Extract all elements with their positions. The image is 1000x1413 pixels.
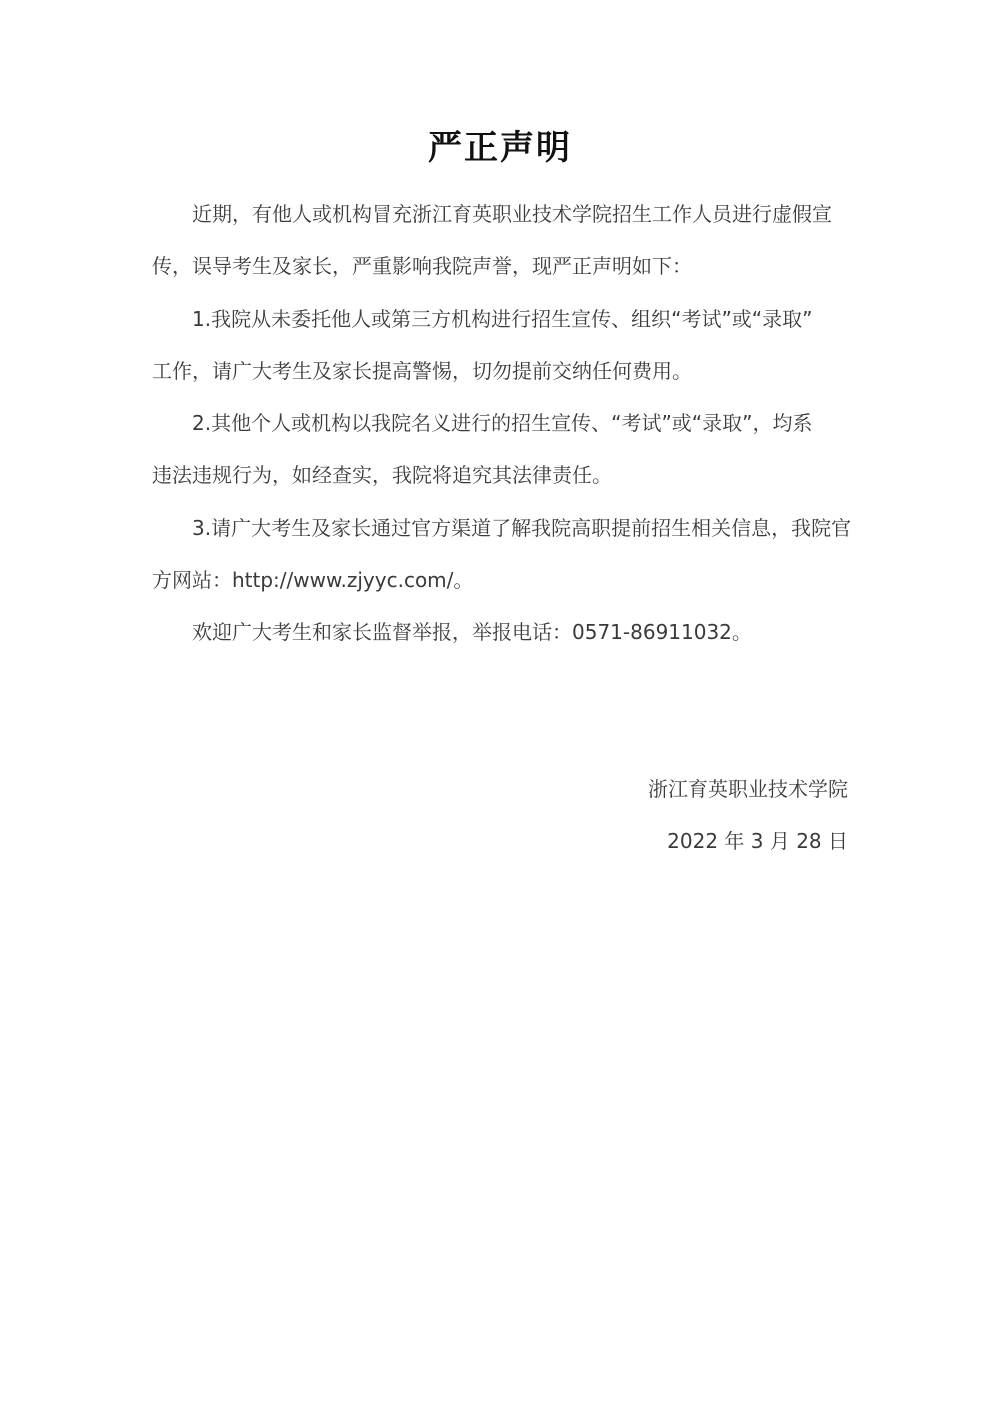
paragraph-item-3-line-2: 方网站：http://www.zjyyc.com/。 bbox=[152, 566, 852, 594]
paragraph-intro-line-1: 近期，有他人或机构冒充浙江育英职业技术学院招生工作人员进行虚假宣 bbox=[192, 200, 892, 228]
paragraph-item-3-line-1: 3.请广大考生及家长通过官方渠道了解我院高职提前招生相关信息，我院官 bbox=[192, 514, 892, 542]
paragraph-report-line: 欢迎广大考生和家长监督举报，举报电话：0571-86911032。 bbox=[192, 618, 892, 646]
signature-organization: 浙江育英职业技术学院 bbox=[648, 775, 848, 803]
document-page: 严正声明 近期，有他人或机构冒充浙江育英职业技术学院招生工作人员进行虚假宣 传，… bbox=[0, 0, 1000, 1413]
paragraph-item-1-line-1: 1.我院从未委托他人或第三方机构进行招生宣传、组织“考试”或“录取” bbox=[192, 305, 892, 333]
paragraph-item-2-line-1: 2.其他个人或机构以我院名义进行的招生宣传、“考试”或“录取”，均系 bbox=[192, 409, 892, 437]
paragraph-item-2-line-2: 违法违规行为，如经查实，我院将追究其法律责任。 bbox=[152, 461, 852, 489]
paragraph-intro-line-2: 传，误导考生及家长，严重影响我院声誉，现严正声明如下： bbox=[152, 252, 852, 280]
paragraph-item-1-line-2: 工作，请广大考生及家长提高警惕，切勿提前交纳任何费用。 bbox=[152, 357, 852, 385]
document-title: 严正声明 bbox=[0, 124, 1000, 172]
signature-date: 2022 年 3 月 28 日 bbox=[667, 827, 848, 855]
